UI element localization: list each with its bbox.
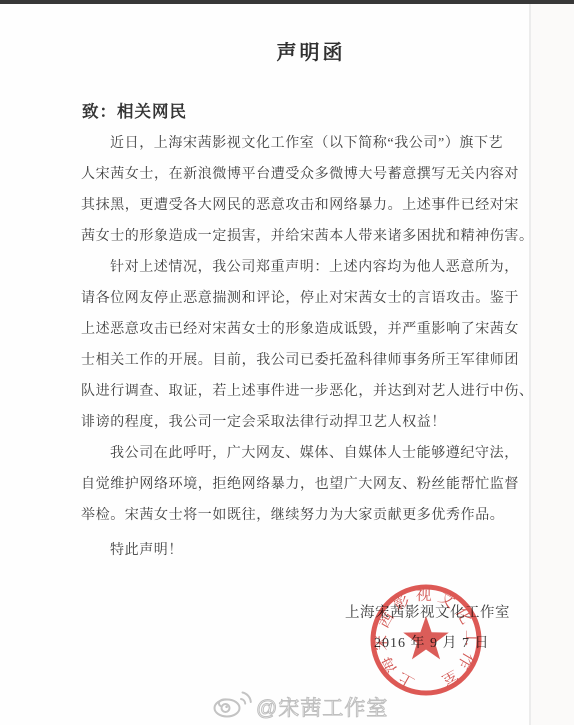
body-line: 近日，上海宋茜影视文化工作室（以下简称“我公司”）旗下艺 xyxy=(81,128,521,159)
body-line: 上述恶意攻击已经对宋茜女士的形象造成诋毁，并严重影响了宋茜女 xyxy=(81,314,521,345)
top-bar xyxy=(0,0,574,4)
body-line: 我公司在此呼吁，广大网友、媒体、自媒体人士能够遵纪守法， xyxy=(81,438,521,469)
official-seal: 上海宋茜影视文化工作室 xyxy=(369,583,483,697)
star-icon xyxy=(403,616,449,659)
salutation: 致：相关网民 xyxy=(82,98,187,122)
body-line: 茜女士的形象造成一定损害，并给宋茜本人带来诸多困扰和精神伤害。 xyxy=(81,221,521,252)
body-line: 其抹黑，更遭受各大网民的恶意攻击和网络暴力。上述事件已经对宋 xyxy=(81,190,521,221)
page-edge-line xyxy=(529,4,531,725)
weibo-icon xyxy=(211,685,255,721)
body-line: 请各位网友停止恶意揣测和评论，停止对宋茜女士的言语攻击。鉴于 xyxy=(81,283,521,314)
body-text: 近日，上海宋茜影视文化工作室（以下简称“我公司”）旗下艺 人宋茜女士，在新浪微博… xyxy=(81,128,521,531)
body-line: 举检。宋茜女士将一如既往，继续努力为大家贡献更多优秀作品。 xyxy=(81,500,521,531)
closing-statement: 特此声明！ xyxy=(110,535,183,566)
body-line: 针对上述情况，我公司郑重声明：上述内容均为他人恶意所为， xyxy=(81,252,521,283)
body-line: 自觉维护网络环境，拒绝网络暴力，也望广大网友、粉丝能帮忙监督 xyxy=(81,469,521,500)
body-line: 人宋茜女士，在新浪微博平台遭受众多微博大号蓄意撰写无关内容对 xyxy=(81,159,521,190)
page-title: 声明函 xyxy=(277,36,346,65)
page-edge-strip xyxy=(531,4,574,725)
body-line: 士相关工作的开展。目前，我公司已委托盈科律师事务所王军律师团 xyxy=(81,345,521,376)
body-line: 队进行调查、取证，若上述事件进一步恶化，并达到对艺人进行中伤、 xyxy=(81,376,521,407)
document-scan: { "colors": { "top_bar": "#383838", "sea… xyxy=(0,0,574,725)
body-line: 诽谤的程度，我公司一定会采取法律行动捍卫艺人权益！ xyxy=(81,407,521,438)
